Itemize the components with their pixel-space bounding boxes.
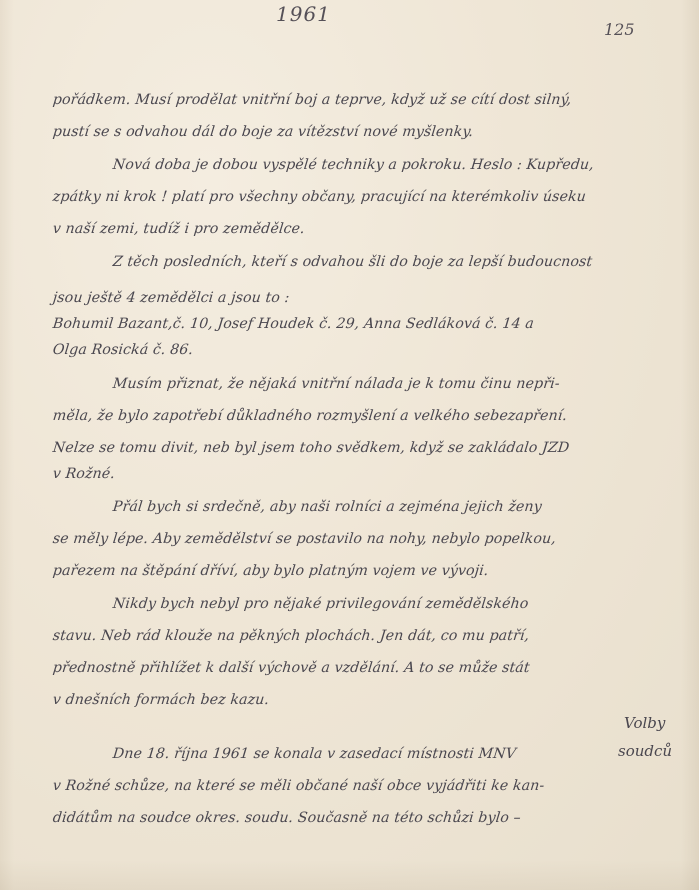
text-line: Nelze se tomu divit, neb byl jsem toho s… bbox=[52, 440, 570, 456]
text-line: pustí se s odvahou dál do boje za vítězs… bbox=[52, 124, 474, 140]
text-line: Bohumil Bazant,č. 10, Josef Houdek č. 29… bbox=[52, 316, 535, 332]
text-line: v naší zemi, tudíž i pro zemědělce. bbox=[52, 221, 306, 237]
text-line: Musím přiznat, že nějaká vnitřní nálada … bbox=[112, 376, 561, 392]
text-line: pařezem na štěpání dříví, aby bylo platn… bbox=[52, 563, 489, 579]
text-line: stavu. Neb rád klouže na pěkných plochác… bbox=[52, 628, 530, 644]
text-line: didátům na soudce okres. soudu. Současně… bbox=[52, 810, 522, 826]
text-line: Přál bych si srdečně, aby naši rolníci a… bbox=[112, 499, 543, 515]
text-line: jsou ještě 4 zemědělci a jsou to : bbox=[52, 290, 290, 306]
text-line: Olga Rosická č. 86. bbox=[52, 342, 194, 358]
text-line: Nikdy bych nebyl pro nějaké privilegován… bbox=[112, 596, 529, 612]
text-line: zpátky ni krok ! platí pro všechny občan… bbox=[52, 189, 587, 205]
margin-note-subtitle: soudců bbox=[618, 742, 672, 760]
text-line: v dnešních formách bez kazu. bbox=[52, 692, 270, 708]
manuscript-page: 1961 125 pořádkem. Musí prodělat vnitřní… bbox=[0, 0, 699, 890]
text-line: Nová doba je dobou vyspělé techniky a po… bbox=[112, 157, 595, 173]
text-line: pořádkem. Musí prodělat vnitřní boj a te… bbox=[52, 92, 572, 108]
text-line: v Rožné schůze, na které se měli občané … bbox=[52, 778, 545, 794]
text-line: Z těch posledních, kteří s odvahou šli d… bbox=[112, 254, 593, 270]
page-year: 1961 bbox=[276, 2, 331, 26]
text-line: přednostně přihlížet k další výchově a v… bbox=[52, 660, 531, 676]
margin-note-title: Volby bbox=[624, 714, 665, 732]
text-line: Dne 18. října 1961 se konala v zasedací … bbox=[112, 746, 517, 762]
text-line: v Rožné. bbox=[52, 466, 116, 482]
page-number: 125 bbox=[604, 20, 635, 39]
text-line: se měly lépe. Aby zemědělství se postavi… bbox=[52, 531, 557, 547]
text-line: měla, že bylo zapotřebí důkladného rozmy… bbox=[52, 408, 568, 424]
